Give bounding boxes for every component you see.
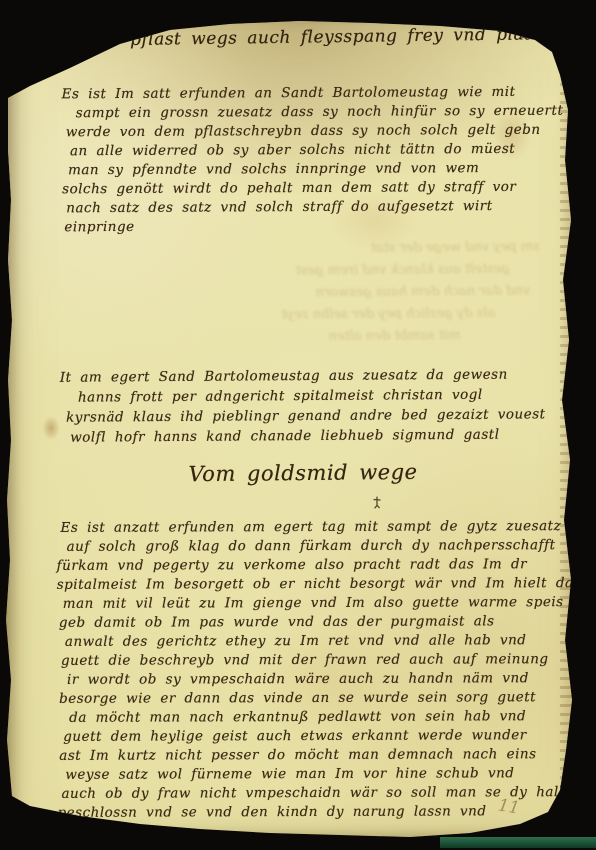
section-heading: Vom goldsmid wege [168, 460, 438, 487]
manuscript-line: fürkam vnd pegerty zu verkome also prach… [57, 555, 551, 576]
manuscript-line: ast Im kurtz nicht pesser do möcht man d… [59, 745, 551, 766]
manuscript-line: sampt ein grossn zuesatz dass sy noch hi… [76, 102, 548, 123]
manuscript-line: guett die beschreyb vnd mit der frawn re… [61, 650, 551, 671]
manuscript-line: peschlossn vnd se vnd den kindn dy narun… [57, 802, 551, 823]
manuscript-line: anwalt des gerichtz ethey zu Im ret vnd … [65, 631, 551, 652]
manuscript-line: guett dem heylige geist auch etwas erkan… [63, 726, 551, 747]
folio-number-bottom: 11 [497, 795, 522, 818]
manuscript-line: Es ist anzatt erfunden am egert tag mit … [60, 517, 550, 538]
folio-number-top: 11 [520, 23, 543, 44]
manuscript-line: nach satz des satz vnd solch straff do a… [66, 197, 548, 219]
manuscript-line: geb damit ob Im pas wurde vnd das der pu… [59, 612, 551, 633]
scanner-bed-strip [440, 837, 596, 848]
manuscript-line: man mit vil leüt zu Im gienge vnd Im als… [63, 593, 551, 614]
ghost-line: als dy gezlich pey der selbn zeyt [150, 303, 495, 328]
paragraph-block-3: Es ist anzatt erfunden am egert tag mit … [56, 517, 551, 823]
manuscript-line: werde von dem pflastschreybn dass sy noc… [66, 121, 548, 143]
manuscript-line: besorge wie er dann das vinde an se wurd… [59, 688, 551, 709]
manuscript-line: an alle widerred ob sy aber solchs nicht… [70, 140, 548, 162]
manuscript-line: solchs genött wirdt do pehalt man dem sa… [62, 178, 548, 200]
ghost-line: gestelt aus klanck vnd irem gest [150, 259, 510, 284]
manuscript-line: man sy pfenndte vnd solchs innpringe vnd… [68, 159, 548, 181]
manuscript-line: spitalmeist Im besorgett ob er nicht bes… [57, 574, 551, 595]
manuscript-line: da möcht man nach erkantnuß pedlawtt von… [69, 707, 551, 728]
ghost-line: mit sambt den alten [150, 325, 460, 350]
manuscript-line: ir wordt ob sy vmpeschaidn wäre auch zu … [67, 669, 551, 690]
deckle-right-edge [560, 20, 596, 840]
manuscript-line: weyse satz wol fürneme wie man Im vor hi… [65, 764, 551, 785]
parchment-page: pflast wegs auch fleysspang frey vnd pla… [0, 0, 596, 850]
manuscript-line: einpringe [64, 216, 548, 238]
torn-top-edge [60, 0, 576, 18]
manuscript-line: auf solch groß klag do dann fürkam durch… [67, 536, 551, 557]
manuscript-line: auch ob dy fraw nicht vmpeschaidn wär so… [61, 783, 551, 804]
manuscript-scan: pflast wegs auch fleysspang frey vnd pla… [0, 0, 596, 850]
bleed-through-text: sm pey vnd wege der stat gestelt aus kla… [150, 236, 541, 349]
manuscript-line: wolfl hofr hanns kand chanade liebhueb s… [70, 424, 552, 447]
fleuron-icon [371, 495, 383, 509]
manuscript-line: Es ist Im satt erfunden an Sandt Bartolo… [62, 83, 548, 105]
paragraph-block-2: It am egert Sand Bartolomeustag aus zues… [60, 364, 553, 447]
header-title: pflast wegs auch fleysspang frey vnd pla… [130, 24, 560, 50]
paragraph-block-1: Es ist Im satt erfunden an Sandt Bartolo… [62, 83, 549, 238]
stain-spot [42, 416, 60, 440]
